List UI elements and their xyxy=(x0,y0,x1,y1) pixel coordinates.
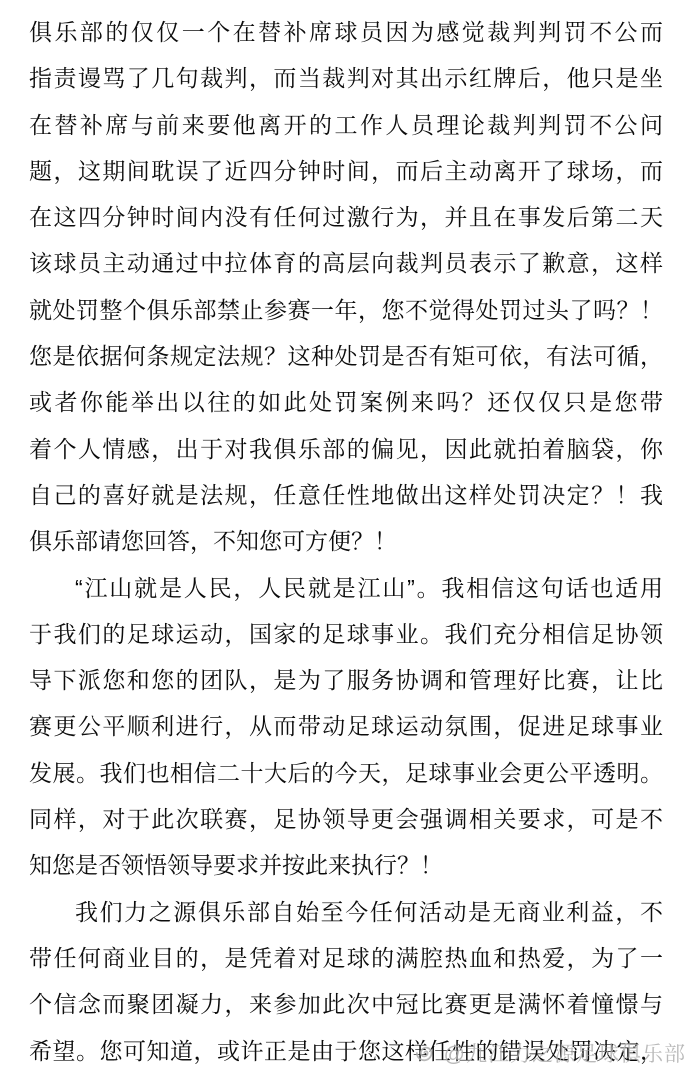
text-line: 带任何商业目的，是凭着对足球的满腔热血和热爱，为了一 xyxy=(29,935,663,981)
text-line: 发展。我们也相信二十大后的今天，足球事业会更公平透明。 xyxy=(29,750,663,796)
text-line: 个信念而聚团凝力，来参加此次中冠比赛更是满怀着憧憬与 xyxy=(29,981,663,1027)
paragraph: 我们力之源俱乐部自始至今任何活动是无商业利益，不带任何商业目的，是凭着对足球的满… xyxy=(29,889,663,1074)
text-line: 或者你能举出以往的如此处罚案例来吗？还仅仅只是您带 xyxy=(29,379,663,425)
text-line: 导下派您和您的团队，是为了服务协调和管理好比赛，让比 xyxy=(29,657,663,703)
text-line: 自己的喜好就是法规，任意任性地做出这样处罚决定？！我 xyxy=(29,472,663,518)
text-line: 俱乐部的仅仅一个在替补席球员因为感觉裁判判罚不公而 xyxy=(29,9,663,55)
paragraph: “江山就是人民，人民就是江山”。我相信这句话也适用于我们的足球运动，国家的足球事… xyxy=(29,565,663,889)
document-body: 俱乐部的仅仅一个在替补席球员因为感觉裁判判罚不公而指责谩骂了几句裁判，而当裁判对… xyxy=(29,9,663,1074)
text-line: 题，这期间耽误了近四分钟时间，而后主动离开了球场，而 xyxy=(29,148,663,194)
text-line: 就处罚整个俱乐部禁止参赛一年，您不觉得处罚过头了吗？！ xyxy=(29,287,663,333)
text-line: 知您是否领悟领导要求并按此来执行？！ xyxy=(29,842,663,888)
text-line: 指责谩骂了几句裁判，而当裁判对其出示红牌后，他只是坐 xyxy=(29,55,663,101)
text-line: 该球员主动通过中拉体育的高层向裁判员表示了歉意，这样 xyxy=(29,240,663,286)
paragraph: 俱乐部的仅仅一个在替补席球员因为感觉裁判判罚不公而指责谩骂了几句裁判，而当裁判对… xyxy=(29,9,663,565)
text-line: 着个人情感，出于对我俱乐部的偏见，因此就拍着脑袋，你 xyxy=(29,426,663,472)
text-line: 同样，对于此次联赛，足协领导更会强调相关要求，可是不 xyxy=(29,796,663,842)
text-line: 您是依据何条规定法规？这种处罚是否有矩可依，有法可循， xyxy=(29,333,663,379)
text-line: 希望。您可知道，或许正是由于您这样任性的错误处罚决定， xyxy=(29,1028,663,1074)
text-line: 于我们的足球运动，国家的足球事业。我们充分相信足协领 xyxy=(29,611,663,657)
text-line: 我们力之源俱乐部自始至今任何活动是无商业利益，不 xyxy=(29,889,663,935)
letter-page: 俱乐部的仅仅一个在替补席球员因为感觉裁判判罚不公而指责谩骂了几句裁判，而当裁判对… xyxy=(0,0,690,1074)
text-line: “江山就是人民，人民就是江山”。我相信这句话也适用 xyxy=(29,565,663,611)
text-line: 在替补席与前来要他离开的工作人员理论裁判判罚不公问 xyxy=(29,102,663,148)
text-line: 赛更公平顺利进行，从而带动足球运动氛围，促进足球事业 xyxy=(29,703,663,749)
text-line: 俱乐部请您回答，不知您可方便？！ xyxy=(29,518,663,564)
text-line: 在这四分钟时间内没有任何过激行为，并且在事发后第二天 xyxy=(29,194,663,240)
